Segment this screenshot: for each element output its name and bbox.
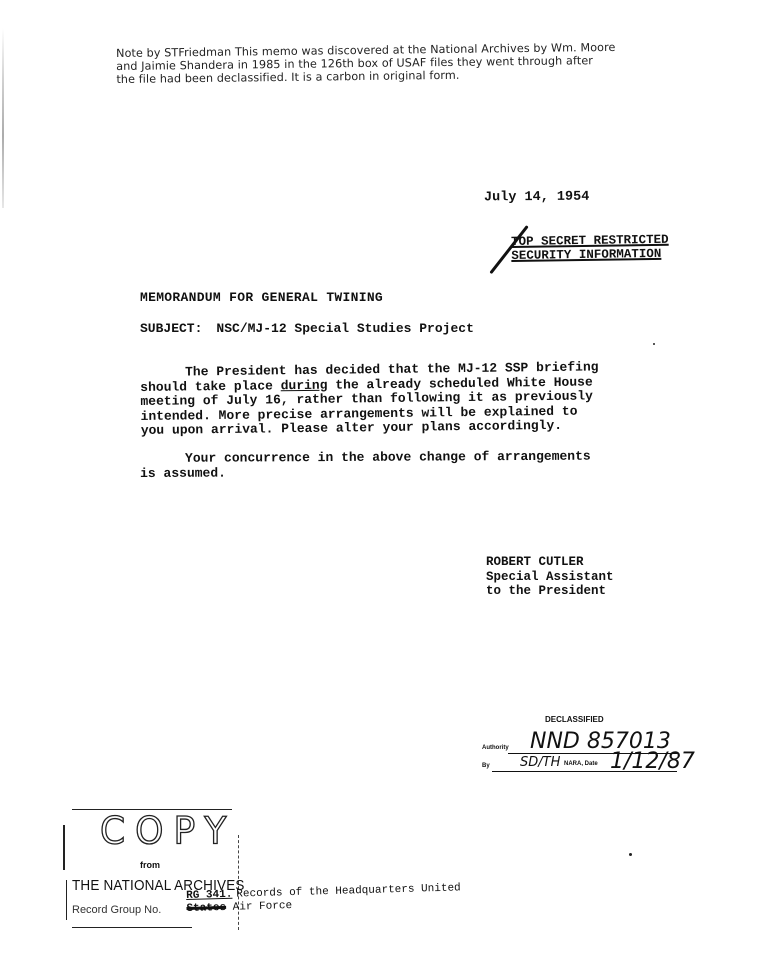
by-label: By <box>482 763 490 769</box>
scan-speck <box>629 853 632 856</box>
nara-date-label: NARA, Date <box>564 761 598 767</box>
scan-edge <box>2 28 4 208</box>
from-label: from <box>140 860 160 870</box>
memo-paragraph-1: The President has decided that the MJ-12… <box>140 359 681 438</box>
by-line <box>492 771 677 772</box>
underlined-word: during <box>281 377 328 393</box>
record-group-title: Air Force <box>233 900 293 914</box>
classification-marking: TOP SECRET RESTRICTED SECURITY INFORMATI… <box>511 233 669 263</box>
declassification-stamp: DECLASSIFIED Authority NND 857013 By SD/… <box>480 715 700 785</box>
document-page: Note by STFriedman This memo was discove… <box>0 0 767 965</box>
scan-speck <box>653 343 655 345</box>
memo-addressee: MEMORANDUM FOR GENERAL TWINING <box>140 290 383 305</box>
friedman-note: Note by STFriedman This memo was discove… <box>116 39 736 86</box>
subject-text: NSC/MJ-12 Special Studies Project <box>216 321 473 336</box>
signature-block: ROBERT CUTLER Special Assistant to the P… <box>486 555 614 599</box>
memo-subject: SUBJECT:NSC/MJ-12 Special Studies Projec… <box>140 321 474 336</box>
by-initials: SD/TH <box>520 755 560 770</box>
body-line: is assumed. <box>140 464 680 481</box>
crossed-out-word: States <box>186 902 226 915</box>
authority-label: Authority <box>482 745 509 751</box>
record-group-label: Record Group No. <box>72 904 161 916</box>
record-group-number: RG 341. <box>186 889 233 902</box>
signer-title: Special Assistant <box>486 570 614 585</box>
signer-name: ROBERT CUTLER <box>486 555 614 570</box>
memo-date: July 14, 1954 <box>484 190 589 206</box>
classification-line: SECURITY INFORMATION <box>511 247 669 263</box>
declassified-header: DECLASSIFIED <box>545 715 604 724</box>
copy-label: COPY <box>100 810 236 853</box>
memo-paragraph-2: Your concurrence in the above change of … <box>140 449 680 481</box>
subject-label: SUBJECT: <box>140 321 202 336</box>
signer-title: to the President <box>486 584 614 599</box>
body-line: Your concurrence in the above change of … <box>185 449 591 466</box>
